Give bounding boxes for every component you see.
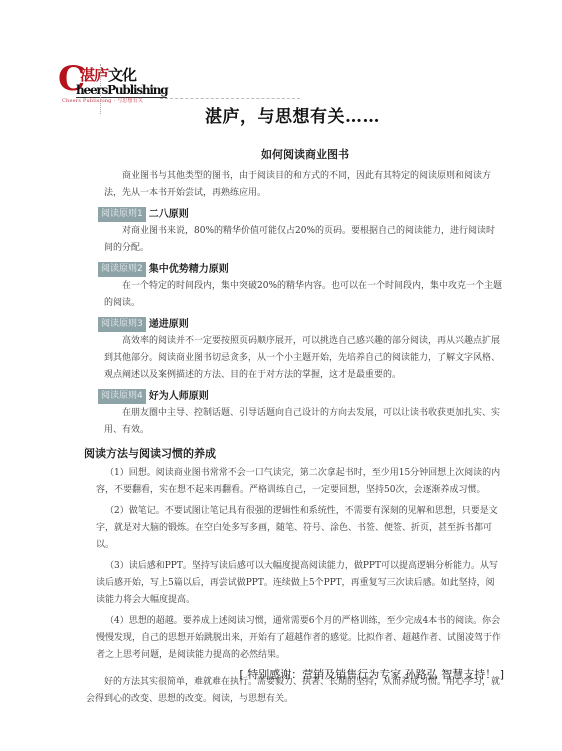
intro-paragraph: 商业图书与其他类型的图书，由于阅读目的和方式的不同，因此有其特定的阅读原则和阅读…: [86, 168, 502, 202]
principle-header: 阅读原则2 集中优势精力原则: [98, 261, 502, 278]
acknowledgement: [ 特别感谢：营销及销售行为专家 孙路弘 智慧支持！ ]: [239, 666, 504, 682]
principle-tag: 阅读原则1: [98, 207, 146, 222]
principle-2: 阅读原则2 集中优势精力原则 在一个特定的时间段内，集中突破20%的精华内容。也…: [86, 261, 502, 312]
logo-cn-black: 文化: [108, 66, 136, 84]
logo-chinese-name: 湛庐文化: [80, 68, 136, 83]
logo-cn-red: 湛庐: [80, 66, 108, 84]
document-title: 如何阅读商业图书: [108, 146, 502, 164]
principle-tag: 阅读原则3: [98, 317, 146, 332]
principle-header: 阅读原则3 递进原则: [98, 316, 502, 333]
principle-tag: 阅读原则2: [98, 262, 146, 277]
habit-item-1: （1）回想。阅读商业图书常常不会一口气读完，第二次拿起书时，至少用15分钟回想上…: [96, 465, 502, 499]
habit-item-3: （3）读后感和PPT。坚持写读后感可以大幅度提高阅读能力，做PPT可以提高逻辑分…: [96, 558, 502, 609]
principle-title: 二八原则: [149, 206, 189, 223]
principle-header: 阅读原则4 好为人师原则: [98, 388, 502, 405]
principle-title: 好为人师原则: [149, 388, 209, 405]
principle-4: 阅读原则4 好为人师原则 在朋友圈中主导、控制话题、引导话题向自己设计的方向去发…: [86, 388, 502, 439]
habit-item-2: （2）做笔记。不要试图让笔记具有很强的逻辑性和系统性，不需要有深刻的见解和思想，…: [96, 503, 502, 554]
principle-title: 递进原则: [149, 316, 189, 333]
habits-section-title: 阅读方法与阅读习惯的养成: [84, 445, 502, 463]
slogan: 湛庐，与思想有关……: [205, 102, 380, 127]
logo-tagline: Cheers Publishing · 与思想有关: [62, 99, 143, 104]
header-divider: [160, 98, 300, 99]
principle-body: 高效率的阅读并不一定要按照页码顺序展开，可以挑选自己感兴趣的部分阅读，再从兴趣点…: [98, 333, 502, 384]
principle-tag: 阅读原则4: [98, 389, 146, 404]
habit-item-4: （4）思想的超越。要养成上述阅读习惯，通常需要6个月的严格训练，至少完成4本书的…: [96, 613, 502, 664]
principle-title: 集中优势精力原则: [149, 261, 229, 278]
principle-1: 阅读原则1 二八原则 对商业图书来说，80%的精华价值可能仅占20%的页码。要根…: [86, 206, 502, 257]
logo-divider: [100, 64, 101, 114]
publisher-logo: C 湛庐文化 heersPublishing Cheers Publishing…: [58, 66, 158, 110]
principle-header: 阅读原则1 二八原则: [98, 206, 502, 223]
principle-body: 在朋友圈中主导、控制话题、引导话题向自己设计的方向去发展，可以让读书收获更加扎实…: [98, 405, 502, 439]
logo-english-name: heersPublishing: [76, 84, 167, 98]
principle-3: 阅读原则3 递进原则 高效率的阅读并不一定要按照页码顺序展开，可以挑选自己感兴趣…: [86, 316, 502, 384]
principle-body: 对商业图书来说，80%的精华价值可能仅占20%的页码。要根据自己的阅读能力，进行…: [98, 223, 502, 257]
principle-body: 在一个特定的时间段内，集中突破20%的精华内容。也可以在一个时间段内，集中攻克一…: [98, 278, 502, 312]
document-body: 如何阅读商业图书 商业图书与其他类型的图书，由于阅读目的和方式的不同，因此有其特…: [86, 146, 502, 717]
